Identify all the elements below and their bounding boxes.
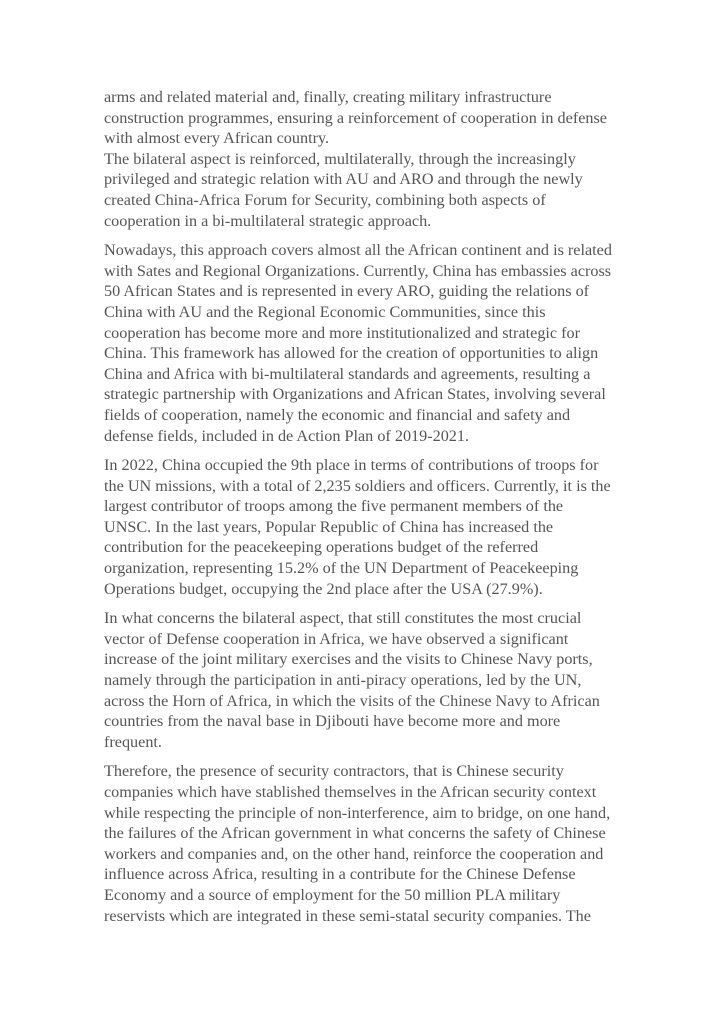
paragraph-arms-cooperation: arms and related material and, finally, …	[104, 87, 624, 149]
paragraph-bilateral-defense: In what concerns the bilateral aspect, t…	[104, 608, 624, 752]
paragraph-security-contractors: Therefore, the presence of security cont…	[104, 761, 624, 926]
paragraph-bilateral-multilateral: The bilateral aspect is reinforced, mult…	[104, 149, 624, 231]
document-page: arms and related material and, finally, …	[104, 87, 624, 935]
paragraph-un-contributions: In 2022, China occupied the 9th place in…	[104, 455, 624, 599]
paragraph-continental-approach: Nowadays, this approach covers almost al…	[104, 240, 624, 446]
